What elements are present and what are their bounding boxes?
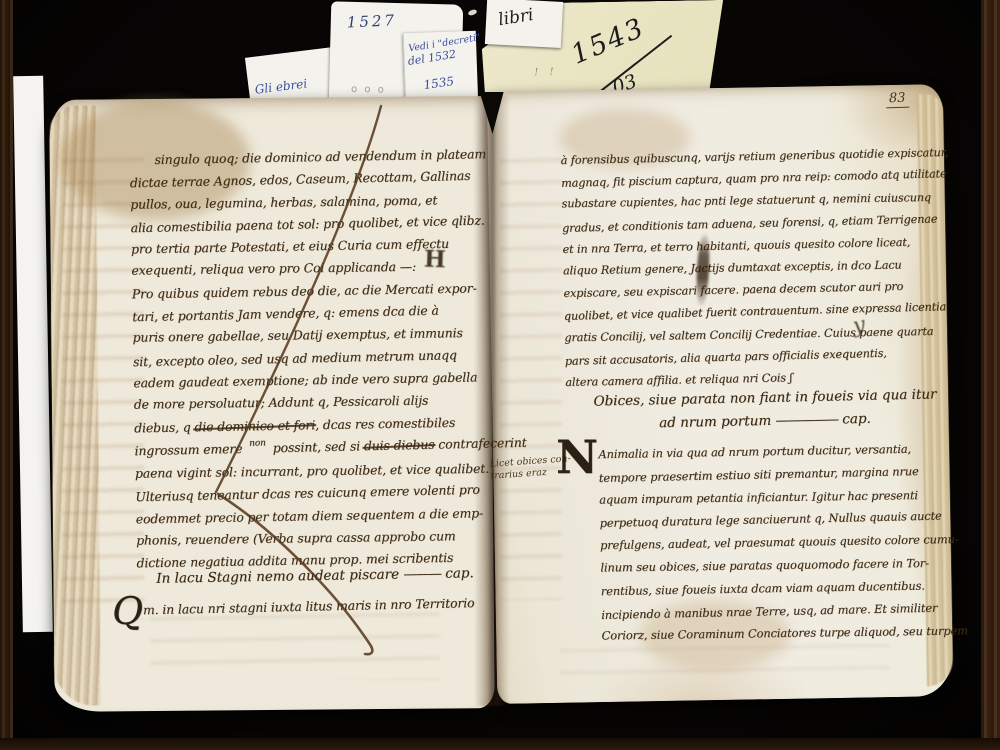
tab-libri-label: libri <box>497 5 535 30</box>
white-backing-sheet <box>13 76 53 632</box>
left-heading-rule: ——— <box>403 566 441 583</box>
initial-n: N <box>556 430 598 484</box>
tab-1527-label: 1527 <box>346 11 397 31</box>
right-page-paragraph1: à forensibus quibuscunq, varijs retium g… <box>560 142 953 394</box>
right-heading-text: ad nrum portum <box>659 413 771 431</box>
left-final-text: m. in lacu nri stagni iuxta litus maris … <box>143 592 475 622</box>
initial-q: Q <box>112 589 144 634</box>
tab-libri: libri <box>485 0 563 48</box>
left-page-text: singulo quoq; die dominico ad vendendum … <box>129 143 528 575</box>
left-page-final-line: Qm. in lacu nri stagni iuxta litus maris… <box>112 583 475 633</box>
tab-vedi-decreti-line3: 1535 <box>423 74 455 92</box>
note-1543-marks: ! ! <box>534 67 557 78</box>
wood-table-edge-left <box>0 0 13 750</box>
wood-table-edge-bottom <box>0 738 1000 750</box>
folio-number: 83 <box>886 92 909 109</box>
wood-table-edge-right <box>981 0 1000 750</box>
dust-speck <box>467 9 477 17</box>
ink-blot-h: H <box>424 246 447 274</box>
tab-1527-pencil-sketch: o o o <box>351 84 386 96</box>
left-heading-cap-label: cap. <box>445 565 474 581</box>
left-heading-text: In lacu Stagni nemo audeat piscare <box>156 567 399 587</box>
right-heading-cap-label: cap. <box>842 411 871 428</box>
right-heading-rule: ————— <box>775 411 838 428</box>
right-page-paragraph2: Animalia in via qua ad nrum portum ducit… <box>598 437 968 649</box>
tab-gli-ebrei-label: Gli ebrei <box>254 76 308 96</box>
manuscript-photo: Gli ebrei 1527 o o o Vedi i "decreti" de… <box>0 0 1000 750</box>
